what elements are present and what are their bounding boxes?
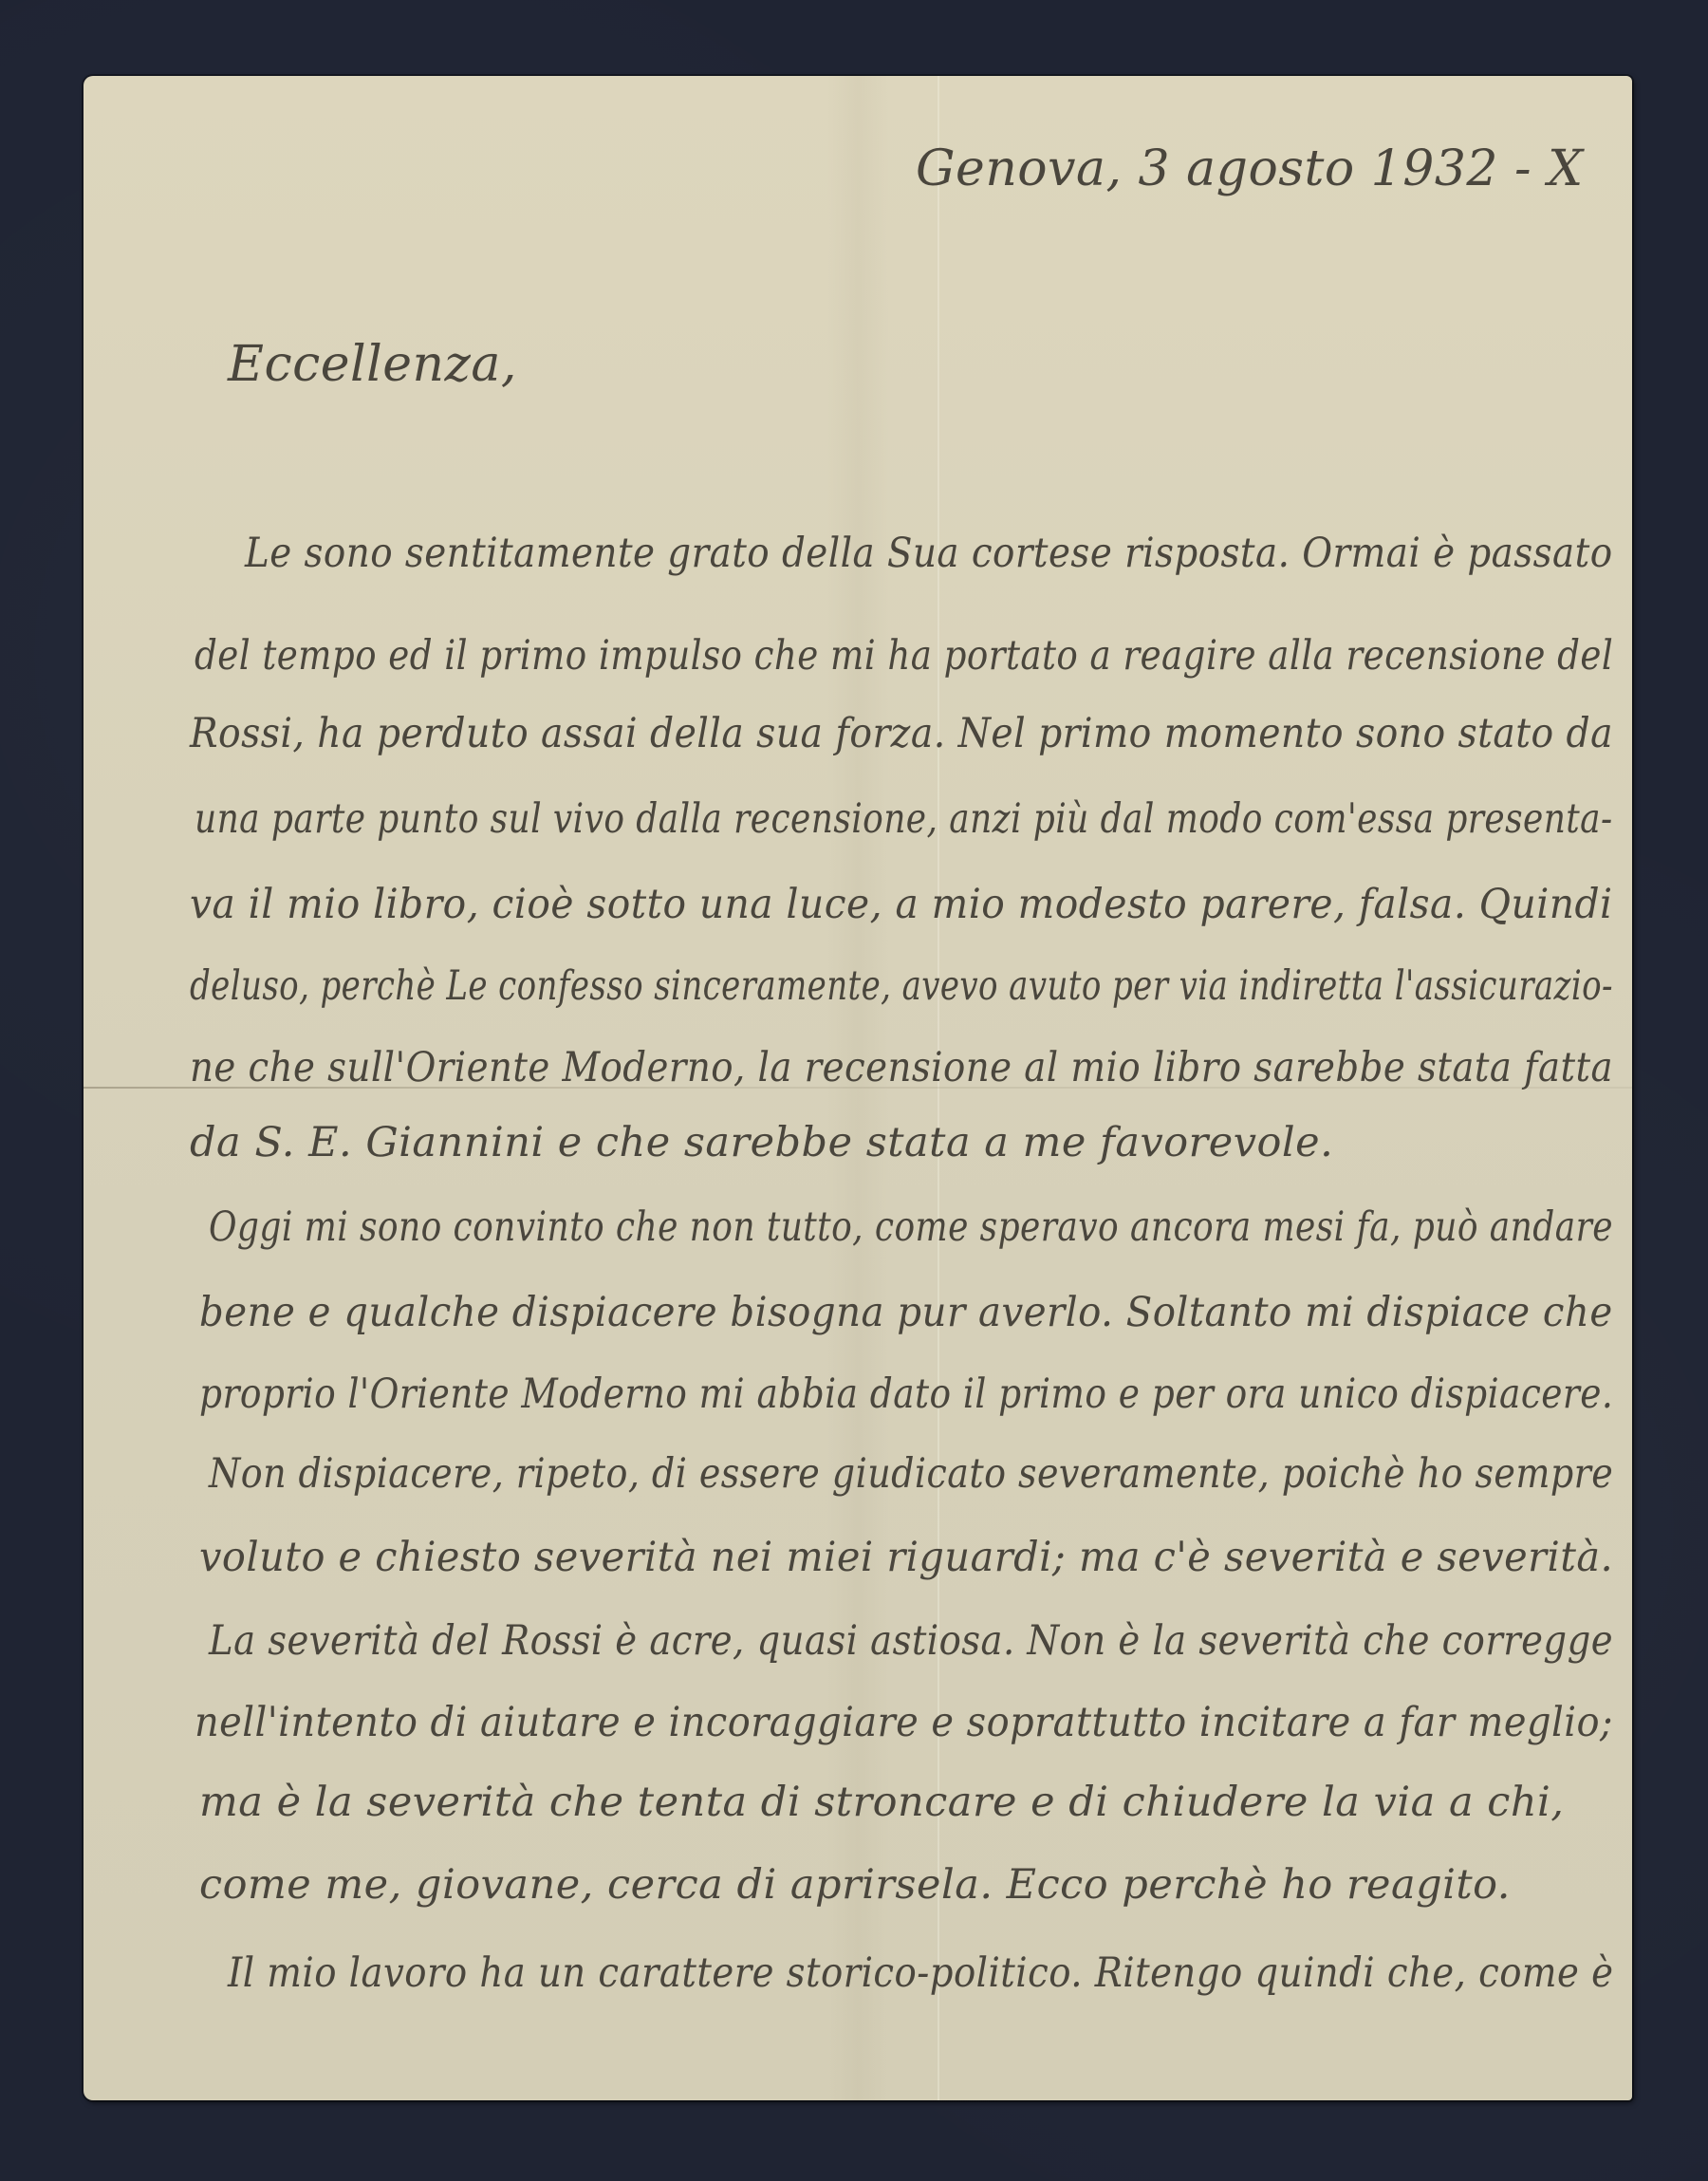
letter-line: come me, giovane, cerca di aprirsela. Ec…: [199, 1865, 1511, 1906]
letter-line: La severità del Rossi è acre, quasi asti…: [209, 1621, 1613, 1662]
letter-line: va il mio libro, cioè sotto una luce, a …: [190, 885, 1613, 925]
letter-line: Il mio lavoro ha un carattere storico-po…: [228, 1953, 1613, 1994]
letter-line: Rossi, ha perduto assai della sua forza.…: [190, 714, 1613, 755]
letter-line: Oggi mi sono convinto che non tutto, com…: [209, 1207, 1613, 1248]
letter-line: ne che sull'Oriente Moderno, la recensio…: [190, 1048, 1613, 1089]
letter-line: Le sono sentitamente grato della Sua cor…: [245, 533, 1613, 574]
letter-line: nell'intento di aiutare e incoraggiare e…: [195, 1703, 1613, 1743]
letter-line: deluso, perchè Le confesso sinceramente,…: [190, 966, 1613, 1007]
letter-line: del tempo ed il primo impulso che mi ha …: [195, 636, 1613, 677]
letter-line: una parte punto sul vivo dalla recension…: [195, 799, 1613, 840]
letter-line: bene e qualche dispiacere bisogna pur av…: [199, 1293, 1613, 1333]
letter-line: proprio l'Oriente Moderno mi abbia dato …: [199, 1374, 1613, 1415]
salutation: Eccellenza,: [228, 340, 517, 389]
place-date: Genova, 3 agosto 1932 - X: [916, 144, 1584, 194]
letter-line: voluto e chiesto severità nei miei rigua…: [199, 1538, 1613, 1578]
letter-line: Non dispiacere, ripeto, di essere giudic…: [209, 1454, 1613, 1495]
letter-line: da S. E. Giannini e che sarebbe stata a …: [190, 1123, 1333, 1164]
letter-line: ma è la severità che tenta di stroncare …: [199, 1782, 1564, 1823]
